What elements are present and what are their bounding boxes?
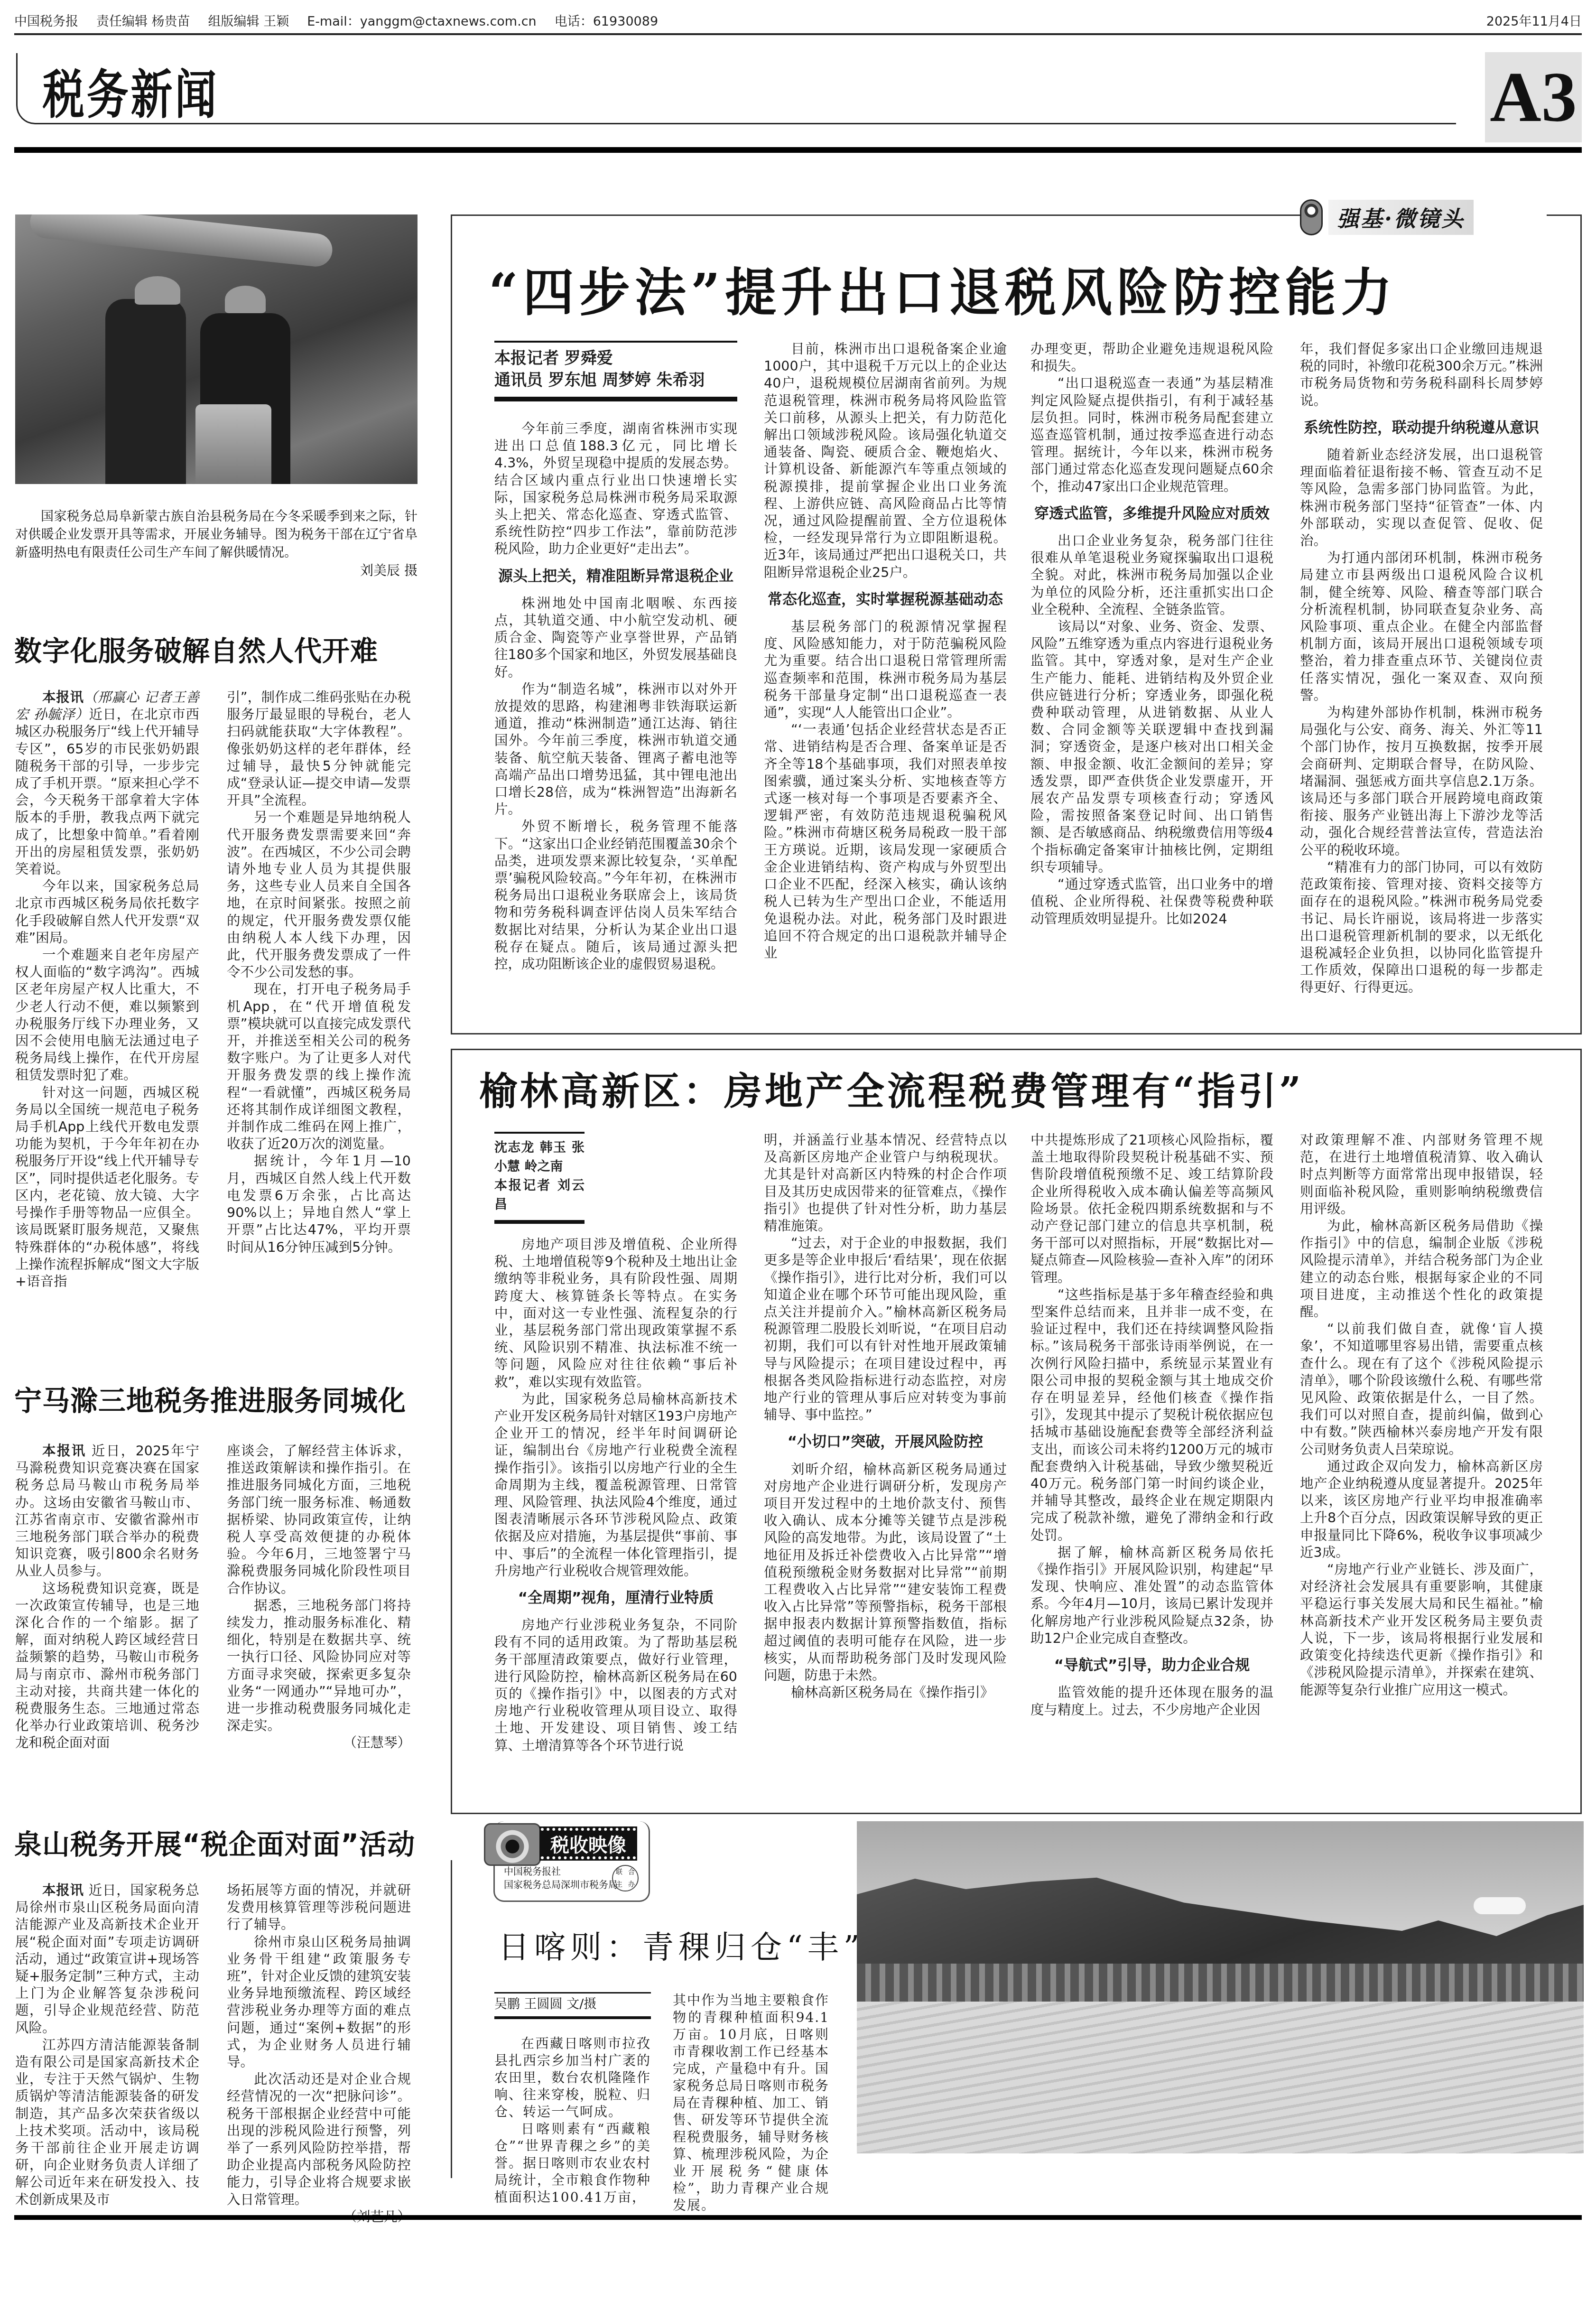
film-reel-icon: [1300, 199, 1323, 235]
lead-label: 本报讯: [42, 1443, 86, 1459]
headline-ningmachu[interactable]: 宁马滁三地税务推进服务同城化: [14, 1379, 406, 1418]
paragraph: 座谈会，了解经营主体诉求，推送政策解读和操作指引。在推进服务同城化方面，三地税务…: [227, 1443, 411, 1597]
article-digital-col2: 引”，制作成二维码张贴在办税服务厅最显眼的导税台，老人扫码就能获取“大字体教程”…: [227, 689, 411, 1256]
paragraph: 外贸不断增长，税务管理不能落下。“这家出口企业经销范围覆盖30余个品类，进项发票…: [494, 818, 737, 973]
lead-paragraph: 本报讯 近日，2025年宁马滁税费知识竞赛决赛在国家税务总局马鞍山市税务局举办。…: [15, 1443, 199, 1580]
paragraph: 通过政企双向发力，榆林高新区房地产企业纳税遵从度显著提升。2025年以来，该区房…: [1300, 1458, 1543, 1561]
subhead: 源头上把关，精准阻断异常退税企业: [494, 568, 737, 585]
headline-yulin[interactable]: 榆林高新区：房地产全流程税费管理有“指引”: [479, 1061, 1304, 1115]
paragraph: 场拓展等方面的情况，并就研发费用核算管理等涉税问题进行了辅导。: [227, 1882, 411, 1934]
feature-yulin-col2: 明，并涵盖行业基本情况、经营特点以及高新区房地产企业管户与纳税现状。尤其是针对高…: [764, 1132, 1007, 1702]
paragraph: 其中作为当地主要粮食作物的青稞种植面积94.1万亩。10月底，日喀则市青稞收割工…: [673, 1992, 829, 2214]
photo-credit: 刘美辰 摄: [15, 562, 418, 580]
subhead: 常态化巡查，实时掌握税源基础动态: [764, 591, 1007, 608]
paragraph: 明，并涵盖行业基本情况、经营特点以及高新区房地产企业管户与纳税现状。尤其是针对高…: [764, 1132, 1007, 1235]
paragraph: 办理变更，帮助企业避免违规退税风险和损失。: [1030, 341, 1273, 375]
paragraph: “以前我们做自查，就像‘盲人摸象’，不知道哪里容易出错，需要重点核查什么。现在有…: [1300, 1321, 1543, 1458]
seal-char: 合: [625, 1866, 638, 1878]
paragraph: 榆林高新区税务局在《操作指引》: [764, 1684, 1007, 1701]
masthead-divider: [14, 33, 1582, 35]
paragraph: 年，我们督促多家出口企业缴回违规退税的同时，补缴印花税300余万元。”株洲市税务…: [1300, 341, 1543, 410]
subhead: “导航式”引导，助力企业合规: [1030, 1657, 1273, 1674]
organizer: 中国税务报社: [504, 1865, 618, 1878]
seal-char: 主: [613, 1878, 625, 1891]
paragraph: 为此，榆林高新区税务局借助《操作指引》中的信息，编制企业版《涉税风险提示清单》，…: [1300, 1218, 1543, 1321]
layout-editor-credit: 组版编辑 王颖: [208, 11, 289, 29]
page-number: A3: [1485, 52, 1582, 142]
paragraph: 对政策理解不准、内部财务管理不规范，在进行土地增值税清算、收入确认时点判断等方面…: [1300, 1132, 1543, 1218]
paragraph: 据了解，榆林高新区税务局依托《操作指引》开展风险识别，构建起“早发现、快响应、准…: [1030, 1544, 1273, 1647]
paragraph: 这场税费知识竞赛，既是一次政策宣传辅导，也是三地深化合作的一个缩影。据了解，面对…: [15, 1580, 199, 1752]
header-thick-rule: [14, 147, 1582, 153]
paragraph: 目前，株洲市出口退税备案企业逾1000户，其中退税千万元以上的企业达40户，退税…: [764, 341, 1007, 581]
paragraph: 今年以来，国家税务总局北京市西城区税务局依托数字化手段破解自然人代开发票“双难”…: [15, 878, 199, 947]
section-title-frame: [16, 53, 1456, 124]
phone-contact: 电话：61930089: [555, 11, 658, 29]
paragraph: “过去，对于企业的申报数据，我们更多是等企业申报后‘看结果’，现在依据《操作指引…: [764, 1235, 1007, 1424]
frame-top-rule: [1547, 214, 1582, 216]
page-bottom-rule: [14, 2215, 1582, 2220]
heating-plant-photo: [15, 214, 418, 484]
paragraph: 近日，国家税务总局徐州市泉山区税务局面向清洁能源产业及高新技术企业开展“税企面对…: [15, 1882, 199, 2036]
lead-label: 本报讯: [42, 689, 84, 705]
headline-four-step[interactable]: “四步法”提升出口退税风险防控能力: [489, 252, 1397, 325]
paragraph: 在西藏日喀则市拉孜县扎西宗乡加当村广袤的农田里，数台农机隆隆作响、往来穿梭，脱粒…: [494, 2035, 651, 2121]
paragraph: 基层税务部门的税源情况掌握程度、风险感知能力，对于防范骗税风险尤为重要。结合出口…: [764, 618, 1007, 721]
subhead: 系统性防控，联动提升纳税遵从意识: [1300, 419, 1543, 436]
paragraph: 据统计，今年1月—10月，西城区自然人线上代开数电发票6万余张，占比高达90%以…: [227, 1153, 411, 1256]
seal-char: 办: [625, 1878, 638, 1891]
byline: 沈志龙 韩玉 张小慧 岭之南 本报记者 刘云昌: [494, 1132, 585, 1224]
paragraph: 针对这一问题，西城区税务局以全国统一规范电子税务局手机App上线代开数电发票功能…: [15, 1084, 199, 1290]
lead-label: 本报讯: [42, 1882, 84, 1898]
feature-yulin-col4: 对政策理解不准、内部财务管理不规范，在进行土地增值税清算、收入确认时点判断等方面…: [1300, 1132, 1543, 1699]
organizer-list: 中国税务报社 国家税务总局深圳市税务局: [504, 1865, 618, 1891]
paragraph: “‘一表通’包括企业经营状态是否正常、进销结构是否合理、备案单证是否齐全等18个…: [764, 721, 1007, 962]
paragraph: 今年前三季度，湖南省株洲市实现进出口总值188.3亿元，同比增长4.3%，外贸呈…: [494, 420, 737, 558]
camera-icon: [484, 1823, 541, 1866]
paragraph: “房地产行业产业链长、涉及面广，对经济社会发展具有重要影响，其健康平稳运行事关发…: [1300, 1561, 1543, 1699]
paragraph: 一个难题来自老年房屋产权人面临的“数字鸿沟”。西城区老年房屋产权人比重大，不少老…: [15, 947, 199, 1084]
editor-credit: 责任编辑 杨贵苗: [96, 11, 190, 29]
paragraph: “精准有力的部门协同，可以有效防范政策衔接、管理对接、资料交接等方面存在的退税风…: [1300, 859, 1543, 997]
byline: 吴鹏 王圆圆 文/摄: [494, 1992, 651, 2019]
feature-export-col2: 目前，株洲市出口退税备案企业逾1000户，其中退税千万元以上的企业达40户，退税…: [764, 341, 1007, 962]
highland-barley-harvest-photo: [857, 1821, 1584, 2153]
paragraph: “通过穿透式监管，出口业务中的增值税、企业所得税、社保费等税费种联动管理质效明显…: [1030, 876, 1273, 928]
paragraph: 另一个难题是异地纳税人代开服务费发票需要来回“奔波”。在西城区，不少公司会聘请外…: [227, 809, 411, 981]
seal-char: 联: [613, 1866, 625, 1878]
hardhat-shape: [225, 286, 266, 313]
paragraph: 引”，制作成二维码张贴在办税服务厅最显眼的导税台，老人扫码就能获取“大字体教程”…: [227, 689, 411, 809]
paragraph: 为打通内部闭环机制，株洲市税务局建立市县两级出口退税风险合议机制，健全统筹、风险…: [1300, 550, 1543, 704]
article-quanshan-col1: 本报讯 近日，国家税务总局徐州市泉山区税务局面向清洁能源产业及高新技术企业开展“…: [15, 1882, 199, 2208]
email-contact[interactable]: E-mail：yanggm@ctaxnews.com.cn: [307, 11, 536, 29]
paragraph: 株洲地处中国南北咽喉、东西接点，其轨道交通、中小航空发动机、硬质合金、陶瓷等产业…: [494, 595, 737, 681]
author-signature: （汪慧琴）: [227, 1734, 411, 1751]
cloud-shape: [1474, 1897, 1526, 1914]
lead-paragraph: 本报讯 近日，国家税务总局徐州市泉山区税务局面向清洁能源产业及高新技术企业开展“…: [15, 1882, 199, 2037]
photo-caption: 国家税务总局阜新蒙古族自治县税务局在今冬采暖季到来之际，针对供暖企业发票开具等需…: [15, 508, 418, 580]
article-ningma-col2: 座谈会，了解经营主体诉求，推送政策解读和操作指引。在推进服务同城化方面，三地税务…: [227, 1443, 411, 1752]
paragraph: 为此，国家税务总局榆林高新技术产业开发区税务局针对辖区193户房地产企业开工的情…: [494, 1391, 737, 1580]
joint-host-seal: 联 合 主 办: [612, 1865, 639, 1891]
headline-digital-service[interactable]: 数字化服务破解自然人代开难: [14, 629, 378, 669]
paragraph: 此次活动还是对企业合规经营情况的一次“把脉问诊”。税务干部根据企业经营中可能出现…: [227, 2071, 411, 2208]
paragraph: 监管效能的提升还体现在服务的温度与精度上。过去，不少房地产企业因: [1030, 1684, 1273, 1718]
subhead: “全周期”视角，厘清行业特质: [494, 1589, 737, 1606]
paragraph: “这些指标是基于多年稽查经验和典型案件总结而来，且并非一成不变，在验证过程中，我…: [1030, 1286, 1273, 1544]
masthead-info-bar: 中国税务报 责任编辑 杨贵苗 组版编辑 王颖 E-mail：yanggm@cta…: [14, 9, 1582, 31]
pipe-shape: [28, 214, 334, 268]
feature-export-col3: 办理变更，帮助企业避免违规退税风险和损失。 “出口退税巡查一表通”为基层精准判定…: [1030, 341, 1273, 928]
paragraph: 近日，2025年宁马滁税费知识竞赛决赛在国家税务总局马鞍山市税务局举办。这场由安…: [15, 1443, 199, 1579]
feature-yulin-col1: 沈志龙 韩玉 张小慧 岭之南 本报记者 刘云昌 房地产项目涉及增值税、企业所得税…: [494, 1132, 737, 1754]
photo-feature-col1: 吴鹏 王圆圆 文/摄 在西藏日喀则市拉孜县扎西宗乡加当村广袤的农田里，数台农机隆…: [494, 1992, 651, 2206]
paper-name: 中国税务报: [14, 11, 78, 29]
paragraph: 中共提炼形成了21项核心风险指标，覆盖土地取得阶段契税计税基础不实、预售阶段增值…: [1030, 1132, 1273, 1286]
person-figure: [105, 299, 186, 484]
paragraph: 房地产项目涉及增值税、企业所得税、土地增值税等9个税种及土地出让金缴纳等非税业务…: [494, 1236, 737, 1391]
feature-yulin-col3: 中共提炼形成了21项核心风险指标，覆盖土地取得阶段契税计税基础不实、预售阶段增值…: [1030, 1132, 1273, 1719]
feature-export-col4: 年，我们督促多家出口企业缴回违规退税的同时，补缴印花税300余万元。”株洲市税务…: [1300, 341, 1543, 997]
paragraph: 该局以“对象、业务、资金、发票、风险”五维穿透为重点内容进行退税业务监管。其中，…: [1030, 618, 1273, 876]
byline-correspondents: 通讯员 罗东旭 周梦婷 朱希羽: [494, 369, 737, 391]
feature-export-col1: 本报记者 罗舜爱 通讯员 罗东旭 周梦婷 朱希羽 今年前三季度，湖南省株洲市实现…: [494, 341, 737, 973]
paragraph: 出口企业业务复杂，税务部门往往很难从单笔退税业务窥探骗取出口退税全貌。对此，株洲…: [1030, 532, 1273, 618]
issue-date: 2025年11月4日: [1486, 11, 1582, 29]
column-logo-title: 税收映像: [541, 1828, 636, 1859]
paragraph: 近日，在北京市西城区办税服务厅“线上代开辅导专区”，65岁的市民张奶奶跟随税务干…: [15, 707, 199, 877]
paragraph: 房地产行业涉税业务复杂，不同阶段有不同的适用政策。为了帮助基层税务干部厘清政策要…: [494, 1617, 737, 1754]
article-quanshan-col2: 场拓展等方面的情况，并就研发费用核算管理等涉税问题进行了辅导。 徐州市泉山区税务…: [227, 1882, 411, 2226]
paragraph: 江苏四方清洁能源装备制造有限公司是国家高新技术企业，专注于天然气锅炉、生物质锅炉…: [15, 2037, 199, 2208]
column-badge: 强基·微镜头: [1300, 198, 1537, 236]
article-digital-col1: 本报讯（邢赢心 记者王善宏 孙毓泽）近日，在北京市西城区办税服务厅“线上代开辅导…: [15, 689, 199, 1290]
hardhat-shape: [135, 276, 180, 305]
motor-shape: [195, 404, 271, 484]
byline-reporter: 本报记者 罗舜爱: [494, 347, 737, 369]
organizer: 国家税务总局深圳市税务局: [504, 1878, 618, 1891]
field-shape: [857, 2002, 1584, 2153]
article-ningma-col1: 本报讯 近日，2025年宁马滁税费知识竞赛决赛在国家税务总局马鞍山市税务局举办。…: [15, 1443, 199, 1752]
section-title: 税务新闻: [43, 53, 219, 128]
paragraph: 现在，打开电子税务局手机App，在“代开增值税发票”模块就可以直接完成发票代开，…: [227, 981, 411, 1153]
paragraph: 作为“制造名城”，株洲市以对外开放提效的思路，构建湘粤非铁海联运新通道，推动“株…: [494, 681, 737, 819]
paragraph: 徐州市泉山区税务局抽调业务骨干组建“政策服务专班”，针对企业反馈的建筑安装业务异…: [227, 1934, 411, 2071]
byline: 本报记者 罗舜爱 通讯员 罗东旭 周梦婷 朱希羽: [494, 341, 737, 401]
paragraph: 随着新业态经济发展，出口退税管理面临着征退衔接不畅、管查互动不足等风险，急需多部…: [1300, 447, 1543, 550]
byline-correspondents: 沈志龙 韩玉 张小慧 岭之南: [494, 1138, 585, 1176]
photo-feature-col2: 其中作为当地主要粮食作物的青稞种植面积94.1万亩。10月底，日喀则市青稞收割工…: [673, 1992, 829, 2214]
photo-feature-rule: [451, 1860, 452, 2178]
column-badge-label: 强基·微镜头: [1328, 200, 1474, 235]
mountain-shape: [857, 1873, 1584, 1978]
paragraph: 日喀则素有“西藏粮仓”“世界青稞之乡”的美誉。据日喀则市农业农村局统计，全市粮食…: [494, 2121, 651, 2206]
headline-quanshan[interactable]: 泉山税务开展“税企面对面”活动: [14, 1822, 415, 1862]
caption-text: 国家税务总局阜新蒙古族自治县税务局在今冬采暖季到来之际，针对供暖企业发票开具等需…: [15, 508, 418, 562]
frame-top-rule: [451, 214, 1300, 216]
paragraph: 据悉，三地税务部门将持续发力，推动服务标准化、精细化，特别是在数据共享、统一执行…: [227, 1597, 411, 1735]
paragraph: “出口退税巡查一表通”为基层精准判定风险疑点提供指引，有利于减轻基层负担。同时，…: [1030, 375, 1273, 495]
tree-line-shape: [857, 1964, 1584, 2002]
byline-reporter: 本报记者 刘云昌: [494, 1176, 585, 1214]
paragraph: 刘昕介绍，榆林高新区税务局通过对房地产企业进行调研分析，发现房产项目开发过程中的…: [764, 1461, 1007, 1685]
lead-paragraph: 本报讯（邢赢心 记者王善宏 孙毓泽）近日，在北京市西城区办税服务厅“线上代开辅导…: [15, 689, 199, 878]
subhead: “小切口”突破，开展风险防控: [764, 1433, 1007, 1450]
paragraph: 为构建外部协作机制，株洲市税务局强化与公安、商务、海关、外汇等11个部门协作，按…: [1300, 704, 1543, 859]
subhead: 穿透式监管，多维提升风险应对质效: [1030, 505, 1273, 522]
